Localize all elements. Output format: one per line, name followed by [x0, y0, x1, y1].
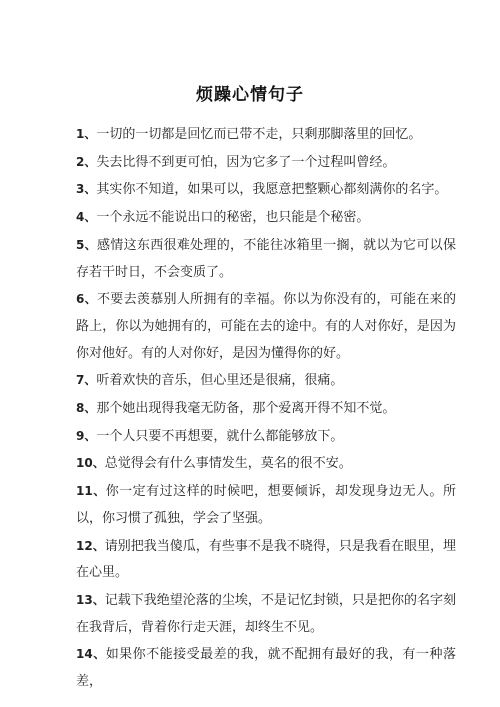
item-text: 如果你不能接受最差的我，就不配拥有最好的我，有一种落差，	[76, 647, 456, 689]
list-item: 12、请别把我当傻瓜，有些事不是我不晓得，只是我看在眼里，埋在心里。	[76, 533, 456, 587]
item-number: 5、	[76, 238, 97, 252]
item-text: 记载下我绝望沦落的尘埃，不是记忆封锁，只是把你的名字刻在我背后，背着你行走天涯，…	[76, 593, 456, 635]
list-item: 13、记载下我绝望沦落的尘埃，不是记忆封锁，只是把你的名字刻在我背后，背着你行走…	[76, 587, 456, 641]
list-item: 9、一个人只要不再想要，就什么都能够放下。	[76, 423, 456, 451]
item-number: 6、	[76, 292, 97, 306]
item-text: 那个她出现得我毫无防备，那个爱离开得不知不觉。	[96, 401, 395, 416]
list-item: 5、感情这东西很难处理的，不能往冰箱里一搁，就以为它可以保存若干时日，不会变质了…	[76, 232, 456, 286]
item-text: 听着欢快的音乐，但心里还是很痛，很痛。	[96, 373, 343, 388]
item-number: 12、	[76, 539, 105, 553]
document-title: 烦躁心情句子	[0, 80, 500, 105]
item-text: 一个永远不能说出口的秘密，也只能是个秘密。	[96, 210, 369, 225]
item-text: 不要去羡慕别人所拥有的幸福。你以为你没有的，可能在来的路上，你以为她拥有的，可能…	[76, 292, 456, 360]
item-text: 其实你不知道，如果可以，我愿意把整颗心都刻满你的名字。	[96, 182, 447, 197]
document-page: 烦躁心情句子 1、一切的一切都是回忆而已带不走，只剩那脚落里的回忆。 2、失去比…	[0, 0, 500, 707]
item-text: 总觉得会有什么事情发生，莫名的很不安。	[105, 456, 352, 471]
item-number: 7、	[76, 373, 96, 387]
list-item: 3、其实你不知道，如果可以，我愿意把整颗心都刻满你的名字。	[76, 176, 456, 204]
item-number: 13、	[76, 593, 105, 607]
list-item: 2、失去比得不到更可怕，因为它多了一个过程叫曾经。	[76, 149, 456, 177]
item-text: 失去比得不到更可怕，因为它多了一个过程叫曾经。	[96, 155, 395, 170]
list-item: 6、不要去羡慕别人所拥有的幸福。你以为你没有的，可能在来的路上，你以为她拥有的，…	[76, 286, 456, 367]
item-number: 14、	[76, 647, 106, 661]
item-number: 11、	[76, 484, 106, 498]
item-text: 一切的一切都是回忆而已带不走，只剩那脚落里的回忆。	[96, 127, 421, 142]
item-number: 8、	[76, 401, 96, 415]
item-number: 10、	[76, 456, 105, 470]
item-number: 2、	[76, 155, 96, 169]
item-number: 3、	[76, 182, 96, 196]
item-text: 感情这东西很难处理的，不能往冰箱里一搁，就以为它可以保存若干时日，不会变质了。	[76, 238, 456, 280]
item-number: 9、	[76, 429, 96, 443]
item-text: 请别把我当傻瓜，有些事不是我不晓得，只是我看在眼里，埋在心里。	[76, 539, 456, 581]
quote-list: 1、一切的一切都是回忆而已带不走，只剩那脚落里的回忆。 2、失去比得不到更可怕，…	[76, 121, 456, 696]
list-item: 10、总觉得会有什么事情发生，莫名的很不安。	[76, 450, 456, 478]
item-number: 4、	[76, 210, 96, 224]
list-item: 14、如果你不能接受最差的我，就不配拥有最好的我，有一种落差，	[76, 641, 456, 695]
item-number: 1、	[76, 127, 96, 141]
item-text: 一个人只要不再想要，就什么都能够放下。	[96, 429, 343, 444]
list-item: 11、你一定有过这样的时候吧，想要倾诉，却发现身边无人。所以，你习惯了孤独，学会…	[76, 478, 456, 532]
item-text: 你一定有过这样的时候吧，想要倾诉，却发现身边无人。所以，你习惯了孤独，学会了坚强…	[76, 484, 456, 526]
list-item: 1、一切的一切都是回忆而已带不走，只剩那脚落里的回忆。	[76, 121, 456, 149]
list-item: 8、那个她出现得我毫无防备，那个爱离开得不知不觉。	[76, 395, 456, 423]
list-item: 4、一个永远不能说出口的秘密，也只能是个秘密。	[76, 204, 456, 232]
list-item: 7、听着欢快的音乐，但心里还是很痛，很痛。	[76, 367, 456, 395]
